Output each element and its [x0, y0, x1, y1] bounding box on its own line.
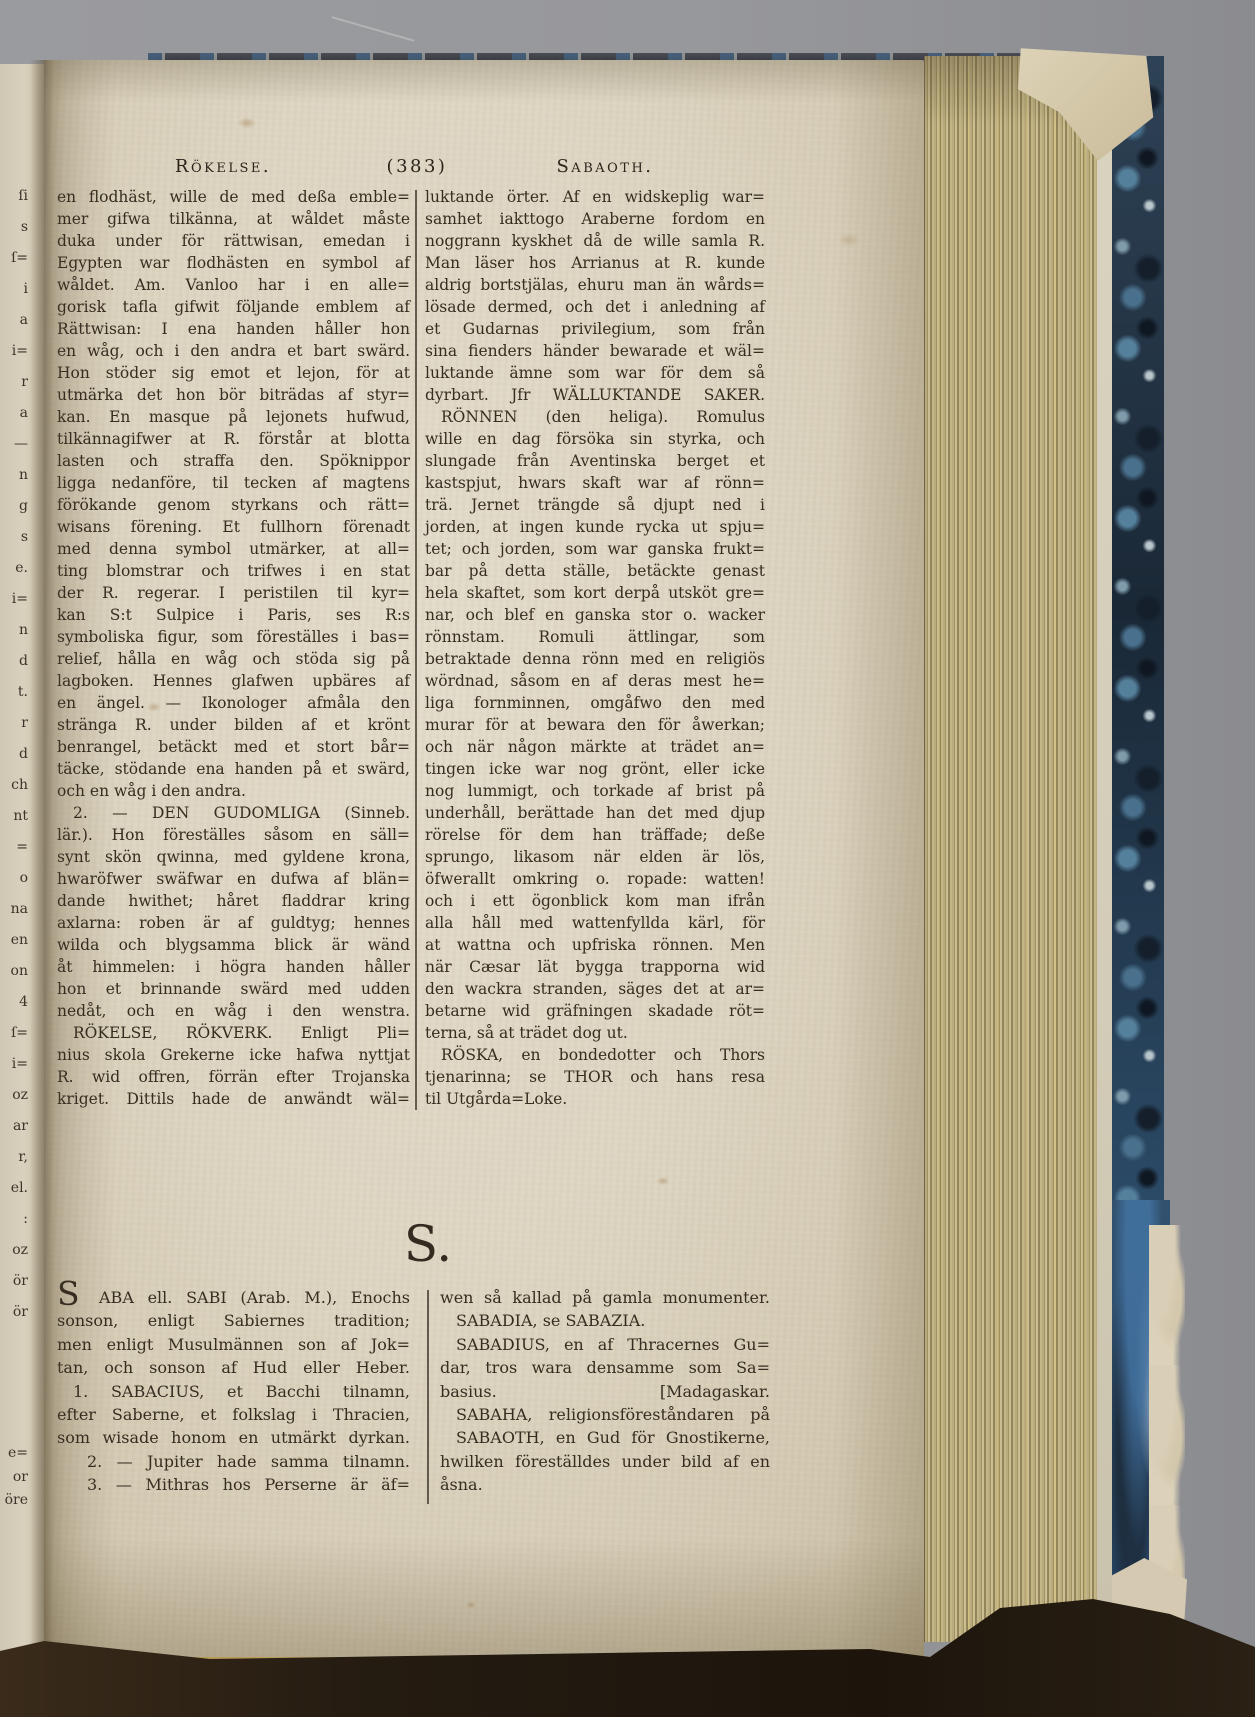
page-header: Rökelse. (383) Sabaoth.: [57, 156, 767, 182]
text-line: oz: [0, 1242, 32, 1273]
text-line: stränga R. under bilden af et krönt: [57, 714, 410, 736]
text-line: Rättwisan: I ena handen håller hon: [57, 318, 410, 340]
book-photo: ſisſ=iai=ra—ngse.i=ndt.rdchnt=onaenon4ſ=…: [0, 0, 1255, 1717]
text-line: och när någon märkte at trädet an=: [425, 736, 765, 758]
text-line: wilda och blygsamma blick är wänd: [57, 934, 410, 956]
text-line: o: [0, 870, 32, 901]
text-line: terna, så at trädet dog ut.: [425, 1022, 765, 1044]
text-line: ting blomstrar och trifwes i en stat: [57, 560, 410, 582]
text-line: hon et brinnande swärd med udden: [57, 978, 410, 1000]
text-line: luktande ämne som war för dem så: [425, 362, 765, 384]
text-line: en wåg, och i den andra et bart swärd.: [57, 340, 410, 362]
text-line: slungade från Aventinska berget et: [425, 450, 765, 472]
text-line: benrangel, betäckt med et stort bår=: [57, 736, 410, 758]
text-line: d: [0, 746, 32, 777]
text-line: dar, tros wara densamme som Sa=: [440, 1356, 770, 1379]
text-line: oz: [0, 1087, 32, 1118]
text-column-left: en flodhäst, wille de med deßa emble=mer…: [57, 186, 410, 1110]
text-line: SABADIA, se SABAZIA.: [440, 1309, 770, 1332]
text-line: 4: [0, 994, 32, 1025]
text-line: som wisade honom en utmärkt dyrkan.: [57, 1426, 410, 1449]
text-line: wen så kallad på gamla monumenter.: [440, 1286, 770, 1309]
text-line: r: [0, 374, 32, 405]
text-line: hela skaftet, som kort derpå utsköt gre=: [425, 582, 765, 604]
text-line: mer gifwa tilkänna, at wåldet måste: [57, 208, 410, 230]
text-line: =: [0, 839, 32, 870]
text-line: duka under för rättwisan, emedan i: [57, 230, 410, 252]
text-line: lasten och straffa den. Spöknippor: [57, 450, 410, 472]
text-line: nar, och blef en ganska stor o. wacker: [425, 604, 765, 626]
text-line: Egypten war flodhästen en symbol af: [57, 252, 410, 274]
text-line: åsna.: [440, 1473, 770, 1496]
text-line: R. wid offren, förrän efter Trojanska: [57, 1066, 410, 1088]
text-line: lösade dermed, och det i anledning af: [425, 296, 765, 318]
text-line: nedåt, och en wåg i den wenstra.: [57, 1000, 410, 1022]
text-line: 3. — Mithras hos Perserne är äf=: [57, 1473, 410, 1496]
text-line: och i ett ögonblick kom man ifrån: [425, 890, 765, 912]
text-line: kan S:t Sulpice i Paris, ses R:s: [57, 604, 410, 626]
text-line: SABADIUS, en af Thracernes Gu=: [440, 1333, 770, 1356]
text-line: on: [0, 963, 32, 994]
text-line: öfwerallt omkring o. ropade: watten!: [425, 868, 765, 890]
text-line: rönnstam. Romuli ättlingar, som: [425, 626, 765, 648]
text-line: samhet iakttogo Araberne fordom en: [425, 208, 765, 230]
text-line: ar: [0, 1118, 32, 1149]
text-line: RÖSKA, en bondedotter och Thors: [425, 1044, 765, 1066]
text-line: och en wåg i den andra.: [57, 780, 410, 802]
text-line: basius. [Madagaskar.: [440, 1380, 770, 1403]
background-scratch: [331, 16, 414, 42]
cover-board-edge: [1096, 58, 1112, 1624]
page-number: (383): [387, 156, 448, 177]
text-line: kan. En masque på lejonets hufwud,: [57, 406, 410, 428]
text-line: rörelse för dem han träffade; deße: [425, 824, 765, 846]
text-line: en ängel. — Ikonologer afmåla den: [57, 692, 410, 714]
text-line: hwaröfwer swäfwar en dufwa af blän=: [57, 868, 410, 890]
text-line: alla håll med wattenfyllda kärl, för: [425, 912, 765, 934]
text-line: a: [0, 312, 32, 343]
text-line: kastspjut, hwars skaft war af rönn=: [425, 472, 765, 494]
text-line: förökande genom styrkans och rätt=: [57, 494, 410, 516]
text-line: 1. SABACIUS, et Bacchi tilnamn,: [57, 1380, 410, 1403]
text-line: ör: [0, 1304, 32, 1335]
foxing-stain: [834, 230, 864, 250]
text-line: tan, och sonson af Hud eller Heber.: [57, 1356, 410, 1379]
text-line: utmärka det hon bör biträdas af styr=: [57, 384, 410, 406]
text-line: —: [0, 436, 32, 467]
text-line: den wackra stranden, säges det at ar=: [425, 978, 765, 1000]
right-edge-shading: [834, 60, 924, 1657]
text-line: or: [0, 1469, 32, 1493]
text-line: 2. — DEN GUDOMLIGA (Sinneb.: [57, 802, 410, 824]
text-line: efter Saberne, et folkslag i Thracien,: [57, 1403, 410, 1426]
text-line: tingen icke war nog grönt, eller icke: [425, 758, 765, 780]
text-line: d: [0, 653, 32, 684]
text-line: symboliska figur, som föreställes i bas=: [57, 626, 410, 648]
book-page: Rökelse. (383) Sabaoth. en flodhäst, wil…: [44, 60, 924, 1659]
text-line: betarne wid gräfningen skadade röt=: [425, 1000, 765, 1022]
text-line: lär.). Hon föreställes såsom en säll=: [57, 824, 410, 846]
text-line: ſi: [0, 188, 32, 219]
text-line: ligga nedanföre, til tecken af magtens: [57, 472, 410, 494]
text-line: g: [0, 498, 32, 529]
text-line: när Cæsar lät bygga trapporna wid: [425, 956, 765, 978]
printed-area: Rökelse. (383) Sabaoth. en flodhäst, wil…: [57, 60, 767, 1620]
text-line: i=: [0, 1056, 32, 1087]
text-line: noggrann kyskhet då de wille samla R.: [425, 230, 765, 252]
text-line: nt: [0, 808, 32, 839]
text-line: i=: [0, 591, 32, 622]
text-line: sprungo, likasom när elden är lös,: [425, 846, 765, 868]
text-line: Man läser hos Arrianus at R. kunde: [425, 252, 765, 274]
text-column-bottom-left: SABA ell. SABI (Arab. M.), Enochssonson,…: [57, 1286, 410, 1497]
text-line: kriget. Dittils hade de anwändt wäl=: [57, 1088, 410, 1110]
text-line: el.: [0, 1180, 32, 1211]
text-line: sina fienders händer bewarade et wäl=: [425, 340, 765, 362]
text-line: der R. regerar. I peristilen til kyr=: [57, 582, 410, 604]
text-line: wördnad, såsom en af deras mest he=: [425, 670, 765, 692]
section-heading: S.: [404, 1215, 452, 1273]
text-line: RÖNNEN (den heliga). Romulus: [425, 406, 765, 428]
column-divider: [415, 190, 417, 1110]
header-right-keyword: Sabaoth.: [556, 156, 653, 177]
text-line: s: [0, 529, 32, 560]
text-line: :: [0, 1211, 32, 1242]
text-line: luktande örter. Af en widskeplig war=: [425, 186, 765, 208]
text-line: jorden, at ingen kunde rycka ut spju=: [425, 516, 765, 538]
text-line: dyrbart. Jfr WÄLLUKTANDE SAKER.: [425, 384, 765, 406]
text-line: lagboken. Hennes glafwen upbäres af: [57, 670, 410, 692]
text-line: a: [0, 405, 32, 436]
text-line: en flodhäst, wille de med deßa emble=: [57, 186, 410, 208]
text-line: n: [0, 622, 32, 653]
text-line: ch: [0, 777, 32, 808]
text-line: underhåll, berättade han det med djup: [425, 802, 765, 824]
text-line: r,: [0, 1149, 32, 1180]
text-line: ör: [0, 1273, 32, 1304]
text-column-right: luktande örter. Af en widskeplig war=sam…: [425, 186, 765, 1110]
text-line: ſ=: [0, 250, 32, 281]
fore-edge: [924, 56, 1097, 1642]
text-line: åt himmelen: i högra handen håller: [57, 956, 410, 978]
text-line: e.: [0, 560, 32, 591]
text-line: med denna symbol utmärker, at all=: [57, 538, 410, 560]
text-line: bar på detta ställe, betäckte genast: [425, 560, 765, 582]
gutter-crease: [30, 60, 64, 1652]
text-line: RÖKELSE, RÖKVERK. Enligt Pli=: [57, 1022, 410, 1044]
text-line: 2. — Jupiter hade samma tilnamn.: [57, 1450, 410, 1473]
text-line: at wattna och upfriska rönnen. Men: [425, 934, 765, 956]
text-line: synt skön qwinna, med gyldene krona,: [57, 846, 410, 868]
column-divider-bottom: [427, 1290, 429, 1504]
text-line: Hon stöder sig emot et lejon, för at: [57, 362, 410, 384]
text-line: men enligt Musulmännen son af Jok=: [57, 1333, 410, 1356]
text-line: nog lummigt, och torkade af brist på: [425, 780, 765, 802]
text-line: tet; och jorden, som war ganska frukt=: [425, 538, 765, 560]
text-column-bottom-right: wen så kallad på gamla monumenter.SABADI…: [440, 1286, 770, 1497]
text-line: wille en dag försöka sin styrka, och: [425, 428, 765, 450]
text-line: SABA ell. SABI (Arab. M.), Enochs: [57, 1286, 410, 1309]
text-line: aldrig bortstjälas, ehuru man än wårds=: [425, 274, 765, 296]
header-left-keyword: Rökelse.: [175, 156, 271, 177]
text-line: liga fornminnen, omgåfwo den med: [425, 692, 765, 714]
text-line: SABAHA, religionsföreståndaren på: [440, 1403, 770, 1426]
text-line: öre: [0, 1492, 32, 1516]
text-line: gorisk tafla gifwit följande emblem af: [57, 296, 410, 318]
text-line: trä. Jernet trängde så djupt ned i: [425, 494, 765, 516]
text-line: i: [0, 281, 32, 312]
text-line: axlarna: roben är af guldtyg; hennes: [57, 912, 410, 934]
text-line: t.: [0, 684, 32, 715]
text-line: ſ=: [0, 1025, 32, 1056]
text-line: täcke, stödande ena handen på et swärd,: [57, 758, 410, 780]
text-line: na: [0, 901, 32, 932]
text-line: betraktade denna rönn med en religiös: [425, 648, 765, 670]
text-line: et Gudarnas privilegium, som från: [425, 318, 765, 340]
text-line: SABAOTH, en Gud för Gnostikerne,: [440, 1426, 770, 1449]
text-line: wåldet. Am. Vanloo har i en alle=: [57, 274, 410, 296]
text-line: nius skola Grekerne icke hafwa nyttjat: [57, 1044, 410, 1066]
text-line: i=: [0, 343, 32, 374]
text-line: murar för at bewara den för åwerkan;: [425, 714, 765, 736]
text-line: r: [0, 715, 32, 746]
text-line: wisans förening. Et fullhorn förenadt: [57, 516, 410, 538]
facing-page-text-fragments: ſisſ=iai=ra—ngse.i=ndt.rdchnt=onaenon4ſ=…: [0, 188, 32, 1335]
text-line: relief, hålla en wåg och stöda sig på: [57, 648, 410, 670]
facing-page-text-fragments-bottom: e=oröre: [0, 1445, 32, 1516]
text-line: dande hwithet; håret fladdrar kring: [57, 890, 410, 912]
text-line: s: [0, 219, 32, 250]
text-line: en: [0, 932, 32, 963]
text-line: e=: [0, 1445, 32, 1469]
text-line: hwilken föreställdes under bild af en: [440, 1450, 770, 1473]
text-line: n: [0, 467, 32, 498]
text-line: tilkännagifwer at R. förstår at blotta: [57, 428, 410, 450]
text-line: tjenarinna; se THOR och hans resa: [425, 1066, 765, 1088]
text-line: til Utgårda=Loke.: [425, 1088, 765, 1110]
text-line: sonson, enligt Sabiernes tradition;: [57, 1309, 410, 1332]
